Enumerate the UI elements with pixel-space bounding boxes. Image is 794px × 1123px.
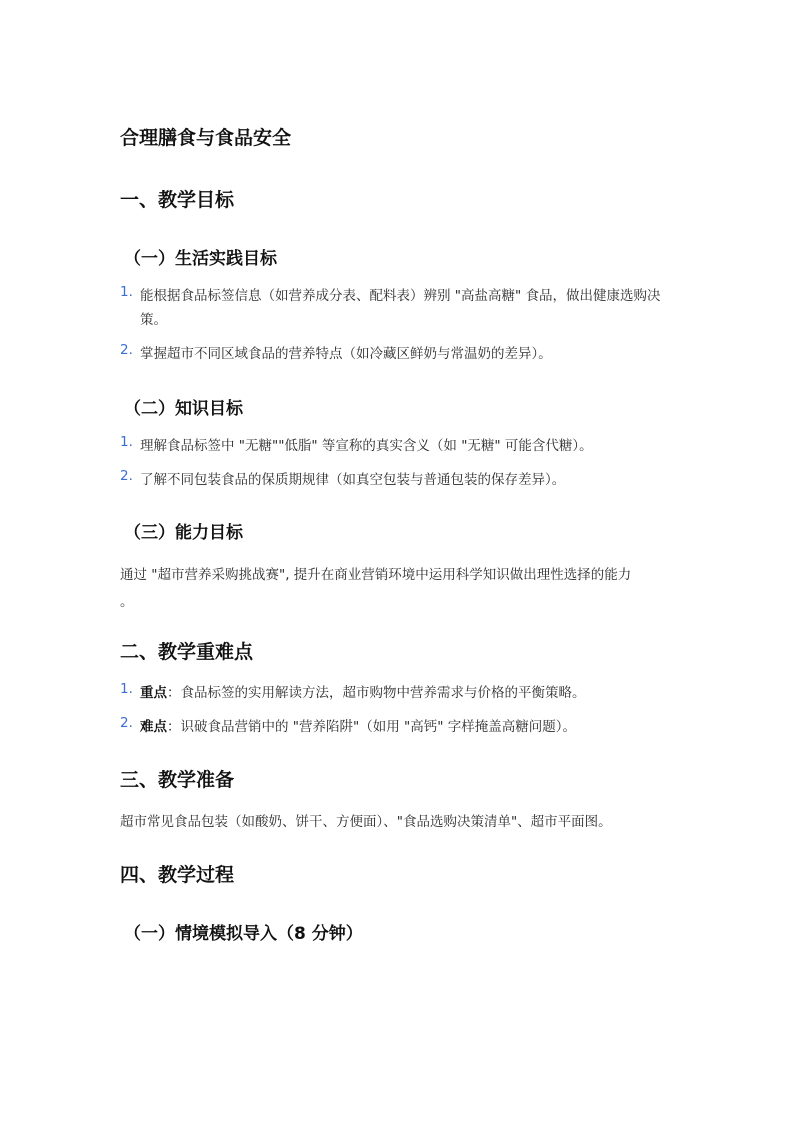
paragraph: 超市常见食品包装（如酸奶、饼干、方便面）、"食品选购决策清单"、超市平面图。 [120, 810, 612, 830]
section-heading-process: 四、教学过程 [120, 860, 234, 887]
list-text: 能根据食品标签信息（如营养成分表、配料表）辨别 "高盐高糖" 食品，做出健康选购… [140, 284, 680, 332]
list-text: ：识破食品营销中的 "营养陷阱"（如用 "高钙" 字样掩盖高糖问题）。 [167, 719, 576, 735]
list-item: 2. 掌握超市不同区域食品的营养特点（如冷藏区鲜奶与常温奶的差异）。 [120, 342, 680, 366]
list-item: 1. 重点：食品标签的实用解读方法，超市购物中营养需求与价格的平衡策略。 [120, 681, 680, 705]
section-heading-key-points: 二、教学重难点 [120, 637, 253, 664]
list-text: 掌握超市不同区域食品的营养特点（如冷藏区鲜奶与常温奶的差异）。 [140, 342, 680, 366]
section-heading-preparation: 三、教学准备 [120, 765, 234, 792]
subsection-heading-ability: （三）能力目标 [124, 518, 243, 543]
list-item: 1. 能根据食品标签信息（如营养成分表、配料表）辨别 "高盐高糖" 食品，做出健… [120, 284, 680, 332]
subsection-heading-intro: （一）情境模拟导入（8 分钟） [124, 919, 363, 944]
list-number: 1. [120, 284, 140, 332]
subsection-heading-knowledge: （二）知识目标 [124, 394, 243, 419]
paragraph-tail: 。 [120, 590, 134, 610]
list-label: 难点 [140, 719, 167, 735]
list-number: 2. [120, 715, 140, 739]
list-item: 2. 了解不同包装食品的保质期规律（如真空包装与普通包装的保存差异）。 [120, 468, 680, 492]
list-text: 了解不同包装食品的保质期规律（如真空包装与普通包装的保存差异）。 [140, 468, 680, 492]
list-number: 1. [120, 434, 140, 458]
paragraph: 通过 "超市营养采购挑战赛", 提升在商业营销环境中运用科学知识做出理性选择的能… [120, 563, 631, 583]
list-number: 2. [120, 468, 140, 492]
list-label: 重点 [140, 685, 167, 701]
list-item: 1. 理解食品标签中 "无糖""低脂" 等宣称的真实含义（如 "无糖" 可能含代… [120, 434, 680, 458]
list-text: ：食品标签的实用解读方法，超市购物中营养需求与价格的平衡策略。 [167, 685, 586, 701]
subsection-heading-practice: （一）生活实践目标 [124, 244, 277, 269]
list-number: 1. [120, 681, 140, 705]
document-title: 合理膳食与食品安全 [120, 123, 291, 150]
section-heading-objectives: 一、教学目标 [120, 185, 234, 212]
list-item: 2. 难点：识破食品营销中的 "营养陷阱"（如用 "高钙" 字样掩盖高糖问题）。 [120, 715, 680, 739]
list-text: 理解食品标签中 "无糖""低脂" 等宣称的真实含义（如 "无糖" 可能含代糖）。 [140, 434, 680, 458]
list-number: 2. [120, 342, 140, 366]
